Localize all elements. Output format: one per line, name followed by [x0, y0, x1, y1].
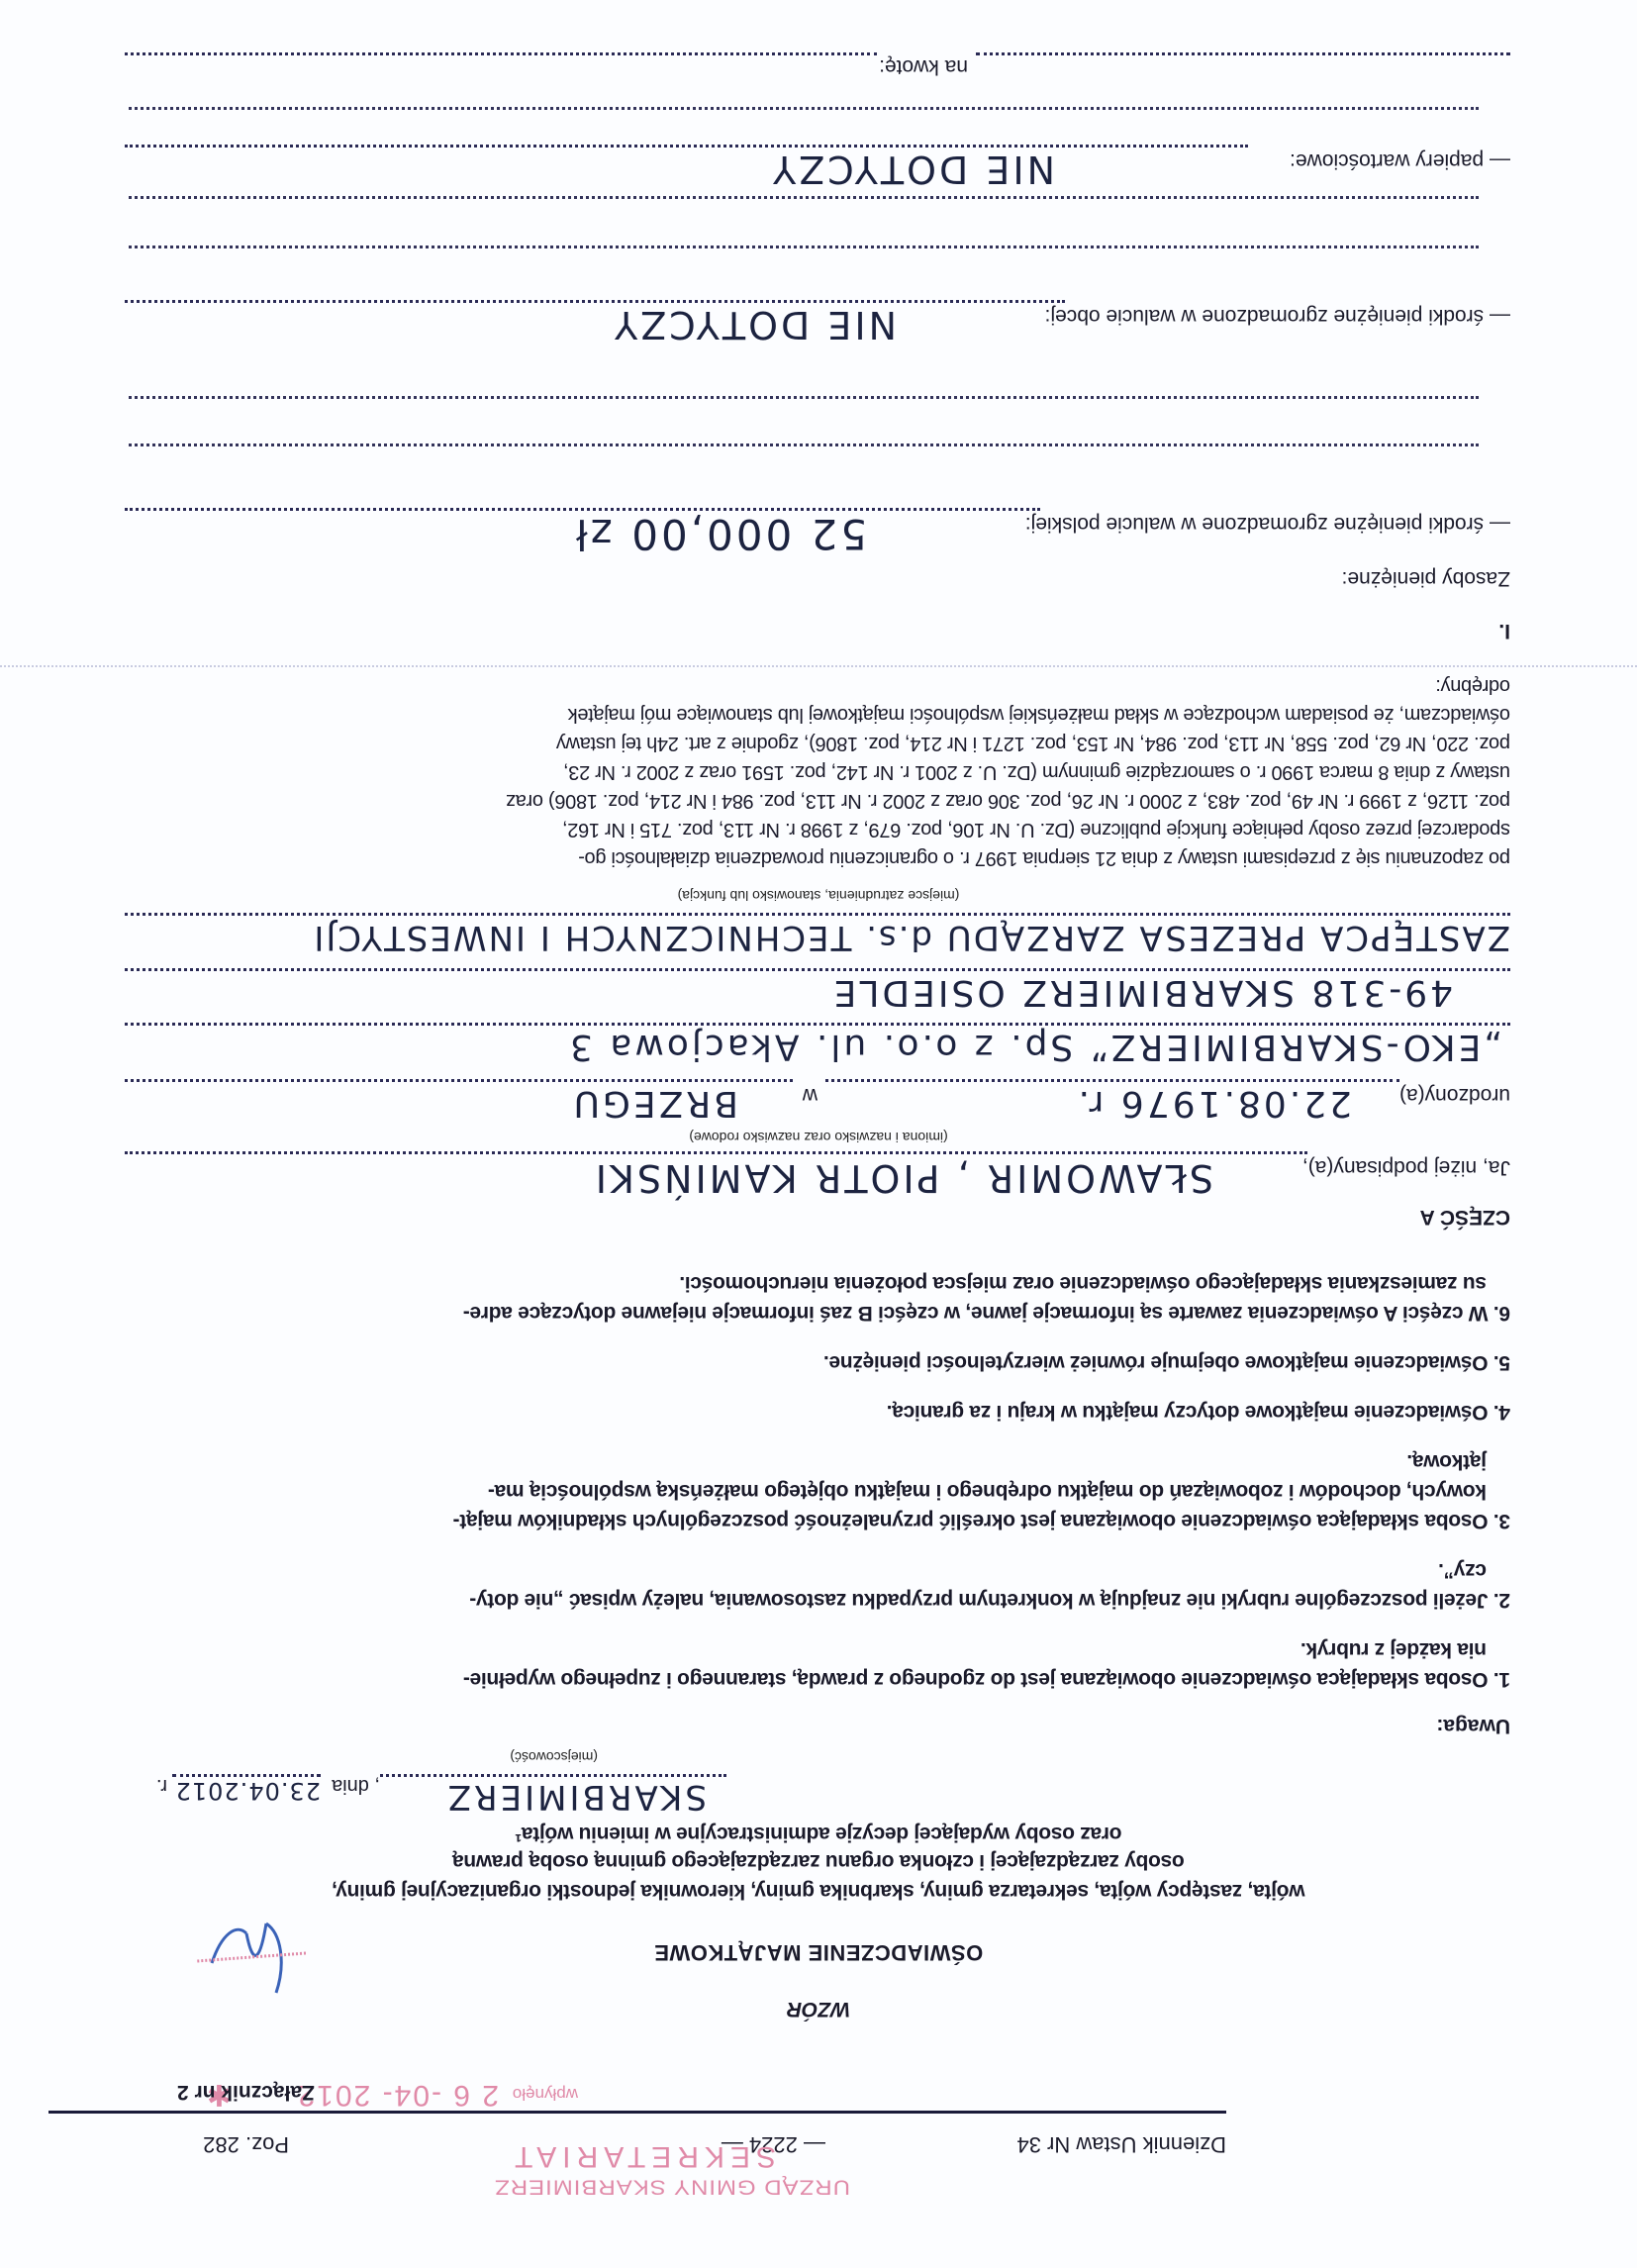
stamp-received-date: 2 6 -04- 2012 [297, 2078, 499, 2112]
field-value: NIE DOTYCZY [612, 303, 897, 346]
place-caption: (miejscowość) [510, 1749, 598, 1765]
employment-row-1: „EKO-SKARBIMIERZ” Sp. z o.o. ul. Akacjow… [125, 1016, 1510, 1065]
place-date-row: SKARBIMIERZ , dnia 23.04.2012 r. [152, 1771, 726, 1811]
blank-line [129, 196, 1479, 199]
stamp-department: SEKRETARIAT [509, 2139, 776, 2173]
blank-line [129, 246, 1479, 248]
full-name-value: SŁAWOMIR , PIOTR KAMIŃSKI [593, 1156, 1213, 1200]
employment-row-3: ZASTĘPCA PREZESA ZARZĄDU d.s. TECHNICZNY… [125, 906, 1510, 955]
birth-row: urodzony(a) 22.08.1976 r. w BRZEGU [125, 1072, 1510, 1122]
undersigned-label: Ja, niżej podpisany(a), [1302, 1152, 1510, 1182]
blank-line [129, 444, 1479, 446]
field-value: 52 000,00 zł [573, 510, 867, 558]
remarks-heading: Uwaga: [1436, 1714, 1510, 1737]
birth-date-value: 22.08.1976 r. [1075, 1083, 1352, 1124]
undersigned-row: Ja, niżej podpisany(a), SŁAWOMIR , PIOTR… [125, 1144, 1510, 1194]
employment-line-2: 49-318 SKARBIMIERZ OSIEDLE [831, 972, 1453, 1013]
date-prefix: , dnia [332, 1774, 380, 1797]
subtitle-line-2: osoby zarządzającej i członka organu zar… [0, 1846, 1637, 1876]
stamp-received-label: wpłynęło [513, 2084, 578, 2104]
field-value: NIE DOTYCZY [770, 148, 1055, 191]
subtitle-line-3: oraz osoby wydającej decyzje administrac… [0, 1819, 1637, 1848]
section-numeral: I. [1498, 619, 1510, 642]
journal-title: Dziennik Ustaw Nr 34 [1016, 2131, 1226, 2157]
scan-separator [0, 665, 1637, 667]
field-label: — środki pieniężne zgromadzone w walucie… [1025, 509, 1510, 539]
position-number: Poz. 282 [203, 2131, 289, 2157]
remark-item: 4. Oświadczenie majątkowe dotyczy majątk… [130, 1397, 1510, 1427]
signature-initials [187, 1914, 306, 2003]
field-label: — papiery wartościowe: [1290, 146, 1510, 175]
field-securities: — papiery wartościowe: NIE DOTYCZY [125, 138, 1510, 187]
legal-basis-text: po zapoznaniu się z przepisami ustawy z … [125, 671, 1510, 872]
remark-item: 5. Oświadczenie majątkowe obejmuje równi… [130, 1347, 1510, 1377]
date-value: 23.04.2012 [175, 1777, 321, 1805]
employment-row-2: 49-318 SKARBIMIERZ OSIEDLE [125, 961, 1510, 1011]
remark-item: 6. W części A oświadczenia zawarte są in… [130, 1268, 1510, 1328]
name-caption: (imiona i nazwisko oraz nazwisko rodowe) [0, 1130, 1637, 1145]
amount-label: na kwotę: [879, 51, 968, 81]
employment-line-1: „EKO-SKARBIMIERZ” Sp. z o.o. ul. Akacjow… [567, 1027, 1502, 1067]
section-heading: Zasoby pieniężne: [1342, 563, 1510, 593]
remark-item: 3. Osoba składająca oświadczenie obowiąz… [130, 1446, 1510, 1535]
field-foreign-funds: — środki pieniężne zgromadzone w walucie… [125, 293, 1510, 343]
born-in-label: w [803, 1080, 818, 1110]
born-label: urodzony(a) [1399, 1080, 1510, 1110]
birth-place-value: BRZEGU [571, 1083, 738, 1124]
field-label: — środki pieniężne zgromadzone w walucie… [1045, 301, 1510, 331]
date-suffix: r. [156, 1774, 167, 1797]
part-a-heading: CZĘŚĆ A [1420, 1205, 1510, 1229]
scanned-document-page: Dziennik Ustaw Nr 34 — 2224 — Poz. 282 U… [0, 0, 1637, 2268]
field-amount: na kwotę: [125, 46, 1510, 95]
blank-line [129, 396, 1479, 399]
remark-item: 1. Osoba składająca oświadczenie obowiąz… [130, 1634, 1510, 1694]
stamp-office: URZĄD GMINY SKARBIMIERZ [494, 2174, 850, 2199]
field-pln-funds: — środki pieniężne zgromadzone w walucie… [125, 501, 1510, 550]
employment-line-3: ZASTĘPCA PREZESA ZARZĄDU d.s. TECHNICZNY… [312, 918, 1510, 957]
employment-caption: (miejsce zatrudnienia, stanowisko lub fu… [0, 888, 1637, 904]
remarks-list: 1. Osoba składająca oświadczenie obowiąz… [130, 1268, 1510, 1694]
remark-item: 2. Jeżeli poszczególne rubryki nie znajd… [130, 1555, 1510, 1615]
place-value: SKARBIMIERZ [445, 1777, 707, 1817]
subtitle-line-1: wójta, zastępcy wójta, sekretarza gminy,… [0, 1876, 1637, 1906]
blank-line [129, 107, 1479, 110]
annex-label: Załącznik nr 2 [177, 2080, 315, 2104]
